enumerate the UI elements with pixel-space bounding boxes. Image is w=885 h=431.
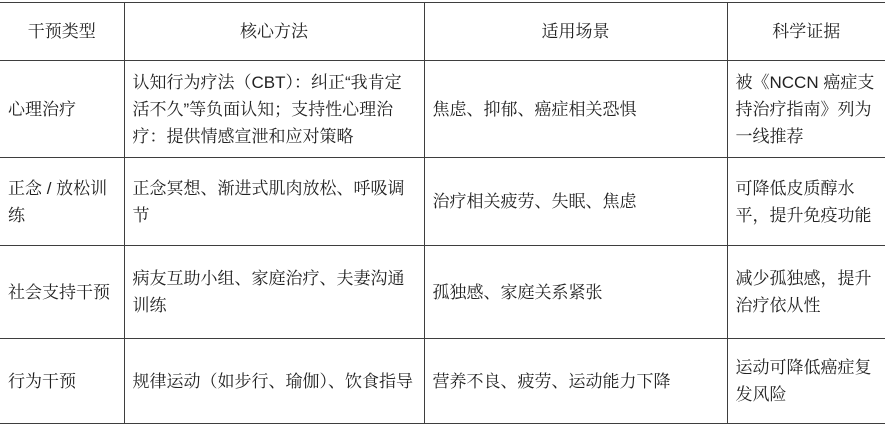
cell-applicable-scenario: 治疗相关疲劳、失眠、焦虑 [424, 158, 727, 246]
table-row: 行为干预 规律运动（如步行、瑜伽）、饮食指导 营养不良、疲劳、运动能力下降 运动… [0, 339, 885, 424]
cell-intervention-type: 行为干预 [0, 339, 124, 424]
cell-scientific-evidence: 运动可降低癌症复发风险 [727, 339, 885, 424]
cell-applicable-scenario: 焦虑、抑郁、癌症相关恐惧 [424, 61, 727, 158]
cell-applicable-scenario: 营养不良、疲劳、运动能力下降 [424, 339, 727, 424]
header-intervention-type: 干预类型 [0, 3, 124, 61]
header-applicable-scenario: 适用场景 [424, 3, 727, 61]
cell-applicable-scenario: 孤独感、家庭关系紧张 [424, 246, 727, 339]
cell-scientific-evidence: 减少孤独感，提升治疗依从性 [727, 246, 885, 339]
header-row: 干预类型 核心方法 适用场景 科学证据 [0, 3, 885, 61]
cell-scientific-evidence: 被《NCCN 癌症支持治疗指南》列为一线推荐 [727, 61, 885, 158]
cell-core-method: 正念冥想、渐进式肌肉放松、呼吸调节 [124, 158, 424, 246]
header-scientific-evidence: 科学证据 [727, 3, 885, 61]
cell-core-method: 规律运动（如步行、瑜伽）、饮食指导 [124, 339, 424, 424]
cell-intervention-type: 心理治疗 [0, 61, 124, 158]
intervention-table: 干预类型 核心方法 适用场景 科学证据 心理治疗 认知行为疗法（CBT）：纠正“… [0, 2, 885, 424]
table-row: 社会支持干预 病友互助小组、家庭治疗、夫妻沟通训练 孤独感、家庭关系紧张 减少孤… [0, 246, 885, 339]
table-row: 心理治疗 认知行为疗法（CBT）：纠正“我肯定活不久”等负面认知；支持性心理治疗… [0, 61, 885, 158]
cell-core-method: 病友互助小组、家庭治疗、夫妻沟通训练 [124, 246, 424, 339]
cell-core-method: 认知行为疗法（CBT）：纠正“我肯定活不久”等负面认知；支持性心理治疗：提供情感… [124, 61, 424, 158]
cell-intervention-type: 社会支持干预 [0, 246, 124, 339]
cell-scientific-evidence: 可降低皮质醇水平，提升免疫功能 [727, 158, 885, 246]
table-row: 正念 / 放松训练 正念冥想、渐进式肌肉放松、呼吸调节 治疗相关疲劳、失眠、焦虑… [0, 158, 885, 246]
header-core-method: 核心方法 [124, 3, 424, 61]
cell-intervention-type: 正念 / 放松训练 [0, 158, 124, 246]
